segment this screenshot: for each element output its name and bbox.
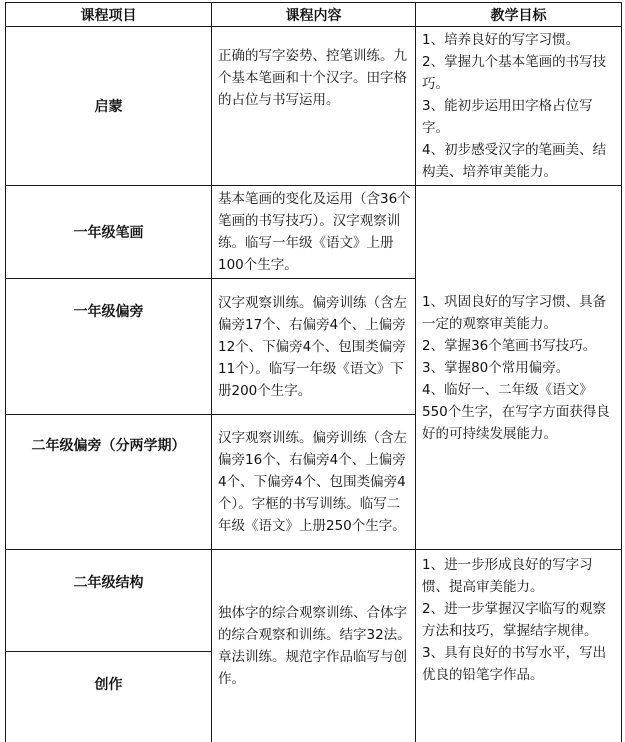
goal-item: 4、初步感受汉字的笔画美、结构美、培养审美能力。 — [422, 139, 618, 183]
teaching-goals: 1、培养良好的写字习惯。 2、掌握九个基本笔画的书写技巧。 3、能初步运用田字格… — [416, 27, 622, 186]
goal-item: 3、具有良好的书写水平，写出优良的铅笔字作品。 — [422, 642, 618, 686]
table-row: 二年级结构 独体字的综合观察训练、合体字的综合观察和训练。结字32法。章法训练。… — [6, 550, 622, 652]
goal-item: 1、进一步形成良好的写字习惯、提高审美能力。 — [422, 554, 618, 598]
course-content: 基本笔画的变化及运用（含36个笔画的书写技巧）。汉字观察训练。临写一年级《语文》… — [212, 186, 416, 279]
course-content: 汉字观察训练。偏旁训练（含左偏旁16个、右偏旁4个、上偏旁4个、下偏旁4个、包围… — [212, 415, 416, 550]
goal-item: 2、掌握九个基本笔画的书写技巧。 — [422, 51, 618, 95]
content-text: 汉字观察训练。偏旁训练（含左偏旁17个、右偏旁4个、上偏旁12个、下偏旁4个、包… — [218, 295, 407, 399]
course-item: 创作 — [6, 652, 212, 742]
header-teaching-goals: 教学目标 — [416, 3, 622, 27]
teaching-goals-merged: 1、进一步形成良好的写字习惯、提高审美能力。 2、进一步掌握汉字临写的观察方法和… — [416, 550, 622, 742]
content-text: 基本笔画的变化及运用（含36个笔画的书写技巧）。汉字观察训练。临写一年级《语文》… — [218, 191, 411, 273]
goal-item: 2、进一步掌握汉字临写的观察方法和技巧，掌握结字规律。 — [422, 598, 618, 642]
header-row: 课程项目 课程内容 教学目标 — [6, 3, 622, 27]
goal-item: 3、掌握80个常用偏旁。 — [422, 357, 618, 379]
course-item: 一年级偏旁 — [6, 279, 212, 415]
curriculum-table: 课程项目 课程内容 教学目标 启蒙 正确的写字姿势、控笔训练。九个基本笔画和十个… — [5, 2, 622, 742]
table-row: 一年级笔画 基本笔画的变化及运用（含36个笔画的书写技巧）。汉字观察训练。临写一… — [6, 186, 622, 279]
goal-item: 1、培养良好的写字习惯。 — [422, 29, 618, 51]
course-content-merged: 独体字的综合观察训练、合体字的综合观察和训练。结字32法。章法训练。规范字作品临… — [212, 550, 416, 742]
course-item: 二年级偏旁（分两学期） — [6, 415, 212, 550]
header-course-item: 课程项目 — [6, 3, 212, 27]
goal-item: 3、能初步运用田字格占位写字。 — [422, 95, 618, 139]
goal-item: 2、掌握36个笔画书写技巧。 — [422, 335, 618, 357]
content-text: 独体字的综合观察训练、合体字的综合观察和训练。结字32法。章法训练。规范字作品临… — [218, 605, 411, 687]
course-item: 启蒙 — [6, 27, 212, 186]
content-text: 正确的写字姿势、控笔训练。九个基本笔画和十个汉字。田字格的占位与书写运用。 — [218, 48, 407, 108]
course-item: 一年级笔画 — [6, 186, 212, 279]
course-content: 正确的写字姿势、控笔训练。九个基本笔画和十个汉字。田字格的占位与书写运用。 — [212, 27, 416, 186]
goal-item: 1、巩固良好的写字习惯、具备一定的观察审美能力。 — [422, 291, 618, 335]
teaching-goals-merged: 1、巩固良好的写字习惯、具备一定的观察审美能力。 2、掌握36个笔画书写技巧。 … — [416, 186, 622, 550]
content-text: 汉字观察训练。偏旁训练（含左偏旁16个、右偏旁4个、上偏旁4个、下偏旁4个、包围… — [218, 430, 407, 534]
header-course-content: 课程内容 — [212, 3, 416, 27]
table-row: 启蒙 正确的写字姿势、控笔训练。九个基本笔画和十个汉字。田字格的占位与书写运用。… — [6, 27, 622, 186]
course-item: 二年级结构 — [6, 550, 212, 652]
goal-item: 4、临好一、二年级《语文》550个生字，在写字方面获得良好的可持续发展能力。 — [422, 379, 618, 445]
course-content: 汉字观察训练。偏旁训练（含左偏旁17个、右偏旁4个、上偏旁12个、下偏旁4个、包… — [212, 279, 416, 415]
